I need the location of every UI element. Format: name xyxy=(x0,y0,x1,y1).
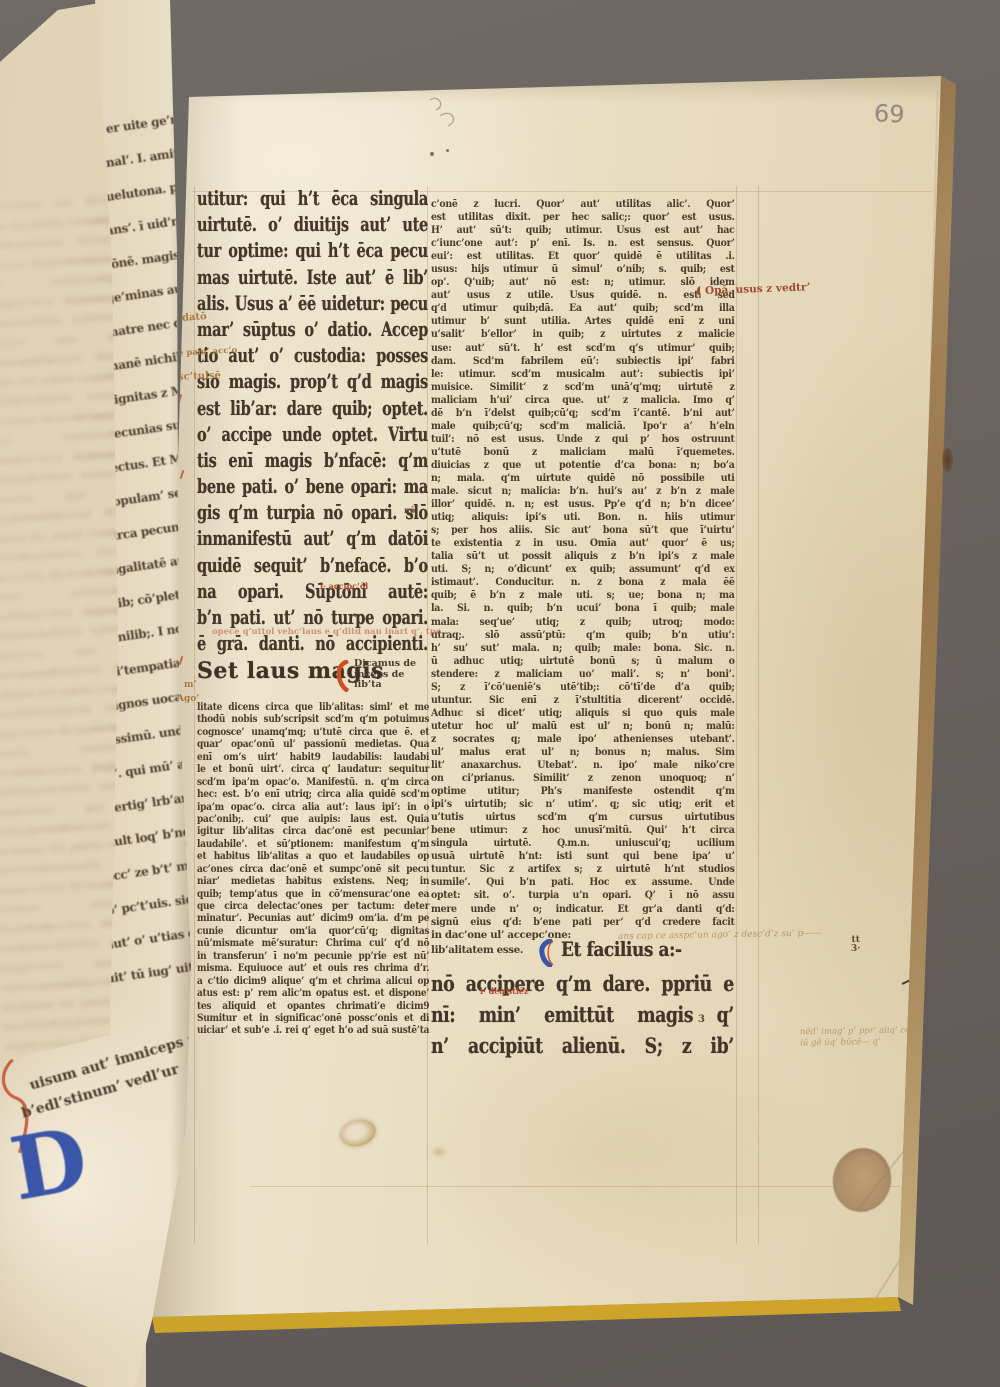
text-line: ul’ malus erat ul’ n; bonus n; malus. Si… xyxy=(431,746,735,759)
text-line: bene utimur: z hoc unusī’mitū. Qui’ h’t … xyxy=(431,824,735,837)
faded-margin-note: ans cap ce asspc’un ago’ z desc’d’z su’ … xyxy=(618,928,848,942)
text-line: diuicias z que ut potentie d’ca bona: n;… xyxy=(431,459,735,472)
text-line: tes aliquid et opantes chrimati’e dicim9 xyxy=(197,1001,429,1013)
interlinear-correction: nō xyxy=(404,505,415,515)
text-line: Sumitur et in significac’onē possc’onis … xyxy=(197,1013,429,1025)
text-line: on ci’prianus. Similit’ z zenon unoquoq;… xyxy=(431,772,735,785)
interlinear-gloss: opece q’uttol vehc’laus e q’ditd nau ina… xyxy=(212,627,457,637)
text-line: sumile’. Qui b’n pati. Hoc ex assume. Un… xyxy=(431,876,735,889)
text-line: cunie dicuntur om’ia quor’cū’q; dignitas xyxy=(197,926,429,938)
text-line: optime utitur; Ph’s manifeste ostendit q… xyxy=(431,785,735,798)
paraph-mark-red-icon xyxy=(337,660,350,692)
text-line: gis q’m turpia nō opari. slō xyxy=(197,500,428,526)
text-line: stendere: z maliciam uo’ mali’. s; n’ bo… xyxy=(431,668,735,681)
paraph-mark-blue-icon xyxy=(539,939,555,967)
text-line: tur optime: qui h’t ēca pecu xyxy=(197,238,428,264)
manuscript-photo: 69 utitur: qui h’t ēca singulauirtutē. o… xyxy=(0,0,1000,1387)
text-line: u’tutē bonū z maliciam malū ī’quemetes. xyxy=(431,446,735,459)
margin-gloss: Ago’ xyxy=(177,694,199,704)
text-line: quib; temp’atus que in cō’mensurac’one e… xyxy=(197,889,429,901)
text-line: dē b’n ī’delst quib;cū’q; scd’m ī’cantē.… xyxy=(431,407,735,420)
text-column-left-large: utitur: qui h’t ēca singulauirtutē. o’ d… xyxy=(197,186,428,657)
margin-gloss: m’ xyxy=(184,680,197,690)
text-line: z socrates q; male ipo’ athenienses uteb… xyxy=(431,733,735,746)
text-line: muisice. Similit’ z scd’m unā’q’mq; uirt… xyxy=(431,381,735,394)
top-edge-shading xyxy=(189,76,949,102)
text-line: et habitus lib’alitas a quo et laudabile… xyxy=(197,851,429,863)
text-line: s; per hos aliis. Sic aut’ bona sū’t que… xyxy=(431,524,735,537)
text-line: male quib;cū’q; scd’m maliciā. Ipo’r a’ … xyxy=(431,420,735,433)
text-line: talia sū’t ut possit aliquis z b’n ipi’s… xyxy=(431,550,735,563)
margin-gloss: datō xyxy=(182,311,207,324)
text-line: ipi’s uirtutib; sic n’ utim’. q; sic uti… xyxy=(431,798,735,811)
text-line: minatur’. Pecunias aut’ dicim9 om’ia. d’… xyxy=(197,913,429,925)
text-line: la. Si. n. quib; b’n ucui’ bona ī quib; … xyxy=(431,602,735,615)
text-line: cognosce’ unamq’mq; u’tutē circa que ē. … xyxy=(197,727,429,739)
text-line: signū eius q’d: b’ene pati per’ q’d cred… xyxy=(431,916,735,929)
text-line: nū’mismate mē’suratur: Chrima cui’ q’d n… xyxy=(197,938,429,950)
text-line: tis enī magis b’nfacē: q’m xyxy=(197,448,428,474)
parchment-stain xyxy=(430,1146,448,1158)
text-line: te existentia z in usu. Omīa aut’ quor’ … xyxy=(431,537,735,550)
text-line: male. sicut n; malicia: b’n. hui’s au’ z… xyxy=(431,485,735,498)
interlinear-gloss: i· deq’stlēz xyxy=(480,986,529,996)
text-line: misma. Equiuoce aut’ et ouis res chrima … xyxy=(197,963,429,975)
text-line: mas uirtutē. Iste aut’ ē lib’ xyxy=(197,265,428,291)
text-line: dam. Scd’m fabrilem eū’: subiectis ipi’ … xyxy=(431,355,735,368)
illuminated-initial: D xyxy=(5,1116,93,1214)
text-line: usuā uirtutē h’nt: isti sunt qui bene ip… xyxy=(431,850,735,863)
text-line: tuntur. Sic z artifex s; z uirtutē h’nt … xyxy=(431,863,735,876)
text-line: aut’ usus z utile. Usus quidē. n. est: s… xyxy=(431,289,735,302)
margin-gloss: sc’tulsē xyxy=(178,370,221,382)
text-line: utraq;. slō assū’ptū: q’m quib; b’n utiu… xyxy=(431,629,735,642)
text-line: alis. Usus a’ ēē uidetur: pecu xyxy=(197,291,428,317)
text-line: mere unde n’ o; indicatur. Et gr’a danti… xyxy=(431,903,735,916)
text-line: usus: hijs utimur ū simul’ o’nib; s. qui… xyxy=(431,263,735,276)
text-line: uti. S; n; o’dicunt’ ex quib; assumunt’ … xyxy=(431,563,735,576)
text-line: H’ aut’ sū’t: quib; utimur. Usus est aut… xyxy=(431,224,735,237)
text-line: maliciam h’ui’ circa que. ut’ z malicia.… xyxy=(431,394,735,407)
ruling-line xyxy=(250,1186,900,1187)
text-line: utuntur. Sic enī z ī’stultitia dicerent’… xyxy=(431,694,735,707)
text-line: use: aut’ sū’t. h’ est scd’m q’s utimur’… xyxy=(431,342,735,355)
interlinear-gloss: ī· accipc’ōl xyxy=(320,581,368,591)
text-line: nī: min’ emittūt magis q’ xyxy=(431,999,734,1030)
text-line: singula uirtutē. Q.m.n. uniuscui’q; ucil… xyxy=(431,837,735,850)
parchment-stain xyxy=(827,1143,897,1218)
text-column-left-small: litate dicens circa que lib’alitas: siml… xyxy=(197,702,429,1038)
text-line: utetur hoc ul’ malū est ul’ n; bonū n; m… xyxy=(431,720,735,733)
text-line: quar’ opac’onū ul’ passionū medietas. Qu… xyxy=(197,739,429,751)
text-line: lib’alitatem esse. xyxy=(431,944,523,956)
text-line: optet: sit. o’. turpia u’n opari. Q’ ī n… xyxy=(431,889,735,902)
incipit-line: Set laus magis Dicamus de inceps de lib’… xyxy=(197,658,432,692)
text-column-right-small: c’onē z lucri. Quor’ aut’ utilitas alic’… xyxy=(431,198,734,929)
text-line: quidē sequit’ b’nefacē. b’o xyxy=(197,553,428,579)
text-line: le: utimur. scd’m musicalm aut’: subiect… xyxy=(431,368,735,381)
text-line: sio magis. prop’t q’d magis xyxy=(197,369,428,395)
text-line: in transferun’ ī no’m pecunie pp’rie est… xyxy=(197,951,429,963)
column-end-line: lib’alitatem esse. Et facilius a:- xyxy=(431,941,731,967)
text-line: h’ su’ sut’ mala. n; quib; male: bona. S… xyxy=(431,642,735,655)
text-line: S; z ī’cō’ueniē’s utē’tib;: cō’tī’de d’a… xyxy=(431,681,735,694)
margin-note-text: Opā. usus z vedtr’ xyxy=(705,281,811,297)
text-line: a c’tio dicim9 alique’ q’m et chrima ali… xyxy=(197,976,429,988)
text-line: illor’ quidē. n. n; est usus. Pp’e q’d n… xyxy=(431,498,735,511)
text-line: le et bonū uirt’. circa q’ laudatur: seq… xyxy=(197,764,429,776)
text-line: est utilitas dixit. per hec salic;: quor… xyxy=(431,211,735,224)
text-line: istimaut’. Conducitur. n. z bona z mala … xyxy=(431,576,735,589)
text-line: enī om’s uirt’ habit9 laudabilis: laudab… xyxy=(197,752,429,764)
text-line: u’tutis uirtus scd’m q’m cursus uirtutib… xyxy=(431,811,735,824)
text-line: laudabile’. et sū’ptionem: manifestum q’… xyxy=(197,839,429,851)
text-line: que circa delectac’ones per tactum: dete… xyxy=(197,901,429,913)
fore-edge-knot xyxy=(942,448,953,472)
text-line: lit’ anaxarchus. Utebat’. n. ipo’ male n… xyxy=(431,759,735,772)
text-line: ipa’m opac’o. circa alia aut’: laus ipi’… xyxy=(197,802,429,814)
text-line: hec: est. b’o enī utriq; circa alia quid… xyxy=(197,789,429,801)
mark-text: 3· xyxy=(851,945,860,954)
text-line: utiq; aliquis: ipi’s uti. Bon. n. hiis u… xyxy=(431,511,735,524)
text-line: thodū nobis sub’scripsit scd’m q’m potui… xyxy=(197,714,429,726)
margin-mark: tt 3· xyxy=(851,936,860,954)
text-line: o’ accipe unde optet. Virtu xyxy=(197,422,428,448)
text-line: pac’onib;. cui’ que auipis: laus est. Qu… xyxy=(197,814,429,826)
text-line: igitur lib’alitas circa dac’onē est pecu… xyxy=(197,826,429,838)
text-line: scd’m ipa’m opac’o. Manifestū. n. q’m ci… xyxy=(197,777,429,789)
text-line: ū adhuc utiq; uirtutē bonū s; ū malum o xyxy=(431,655,735,668)
faded-margin-note: nēd’ imag’ p’ ppr’ aliq’ cēo iū gē ūq’ b… xyxy=(800,1025,950,1050)
text-line: inmanifestū aut’ q’m datōi xyxy=(197,526,428,552)
text-line: c’iunc’one aut’: p’ enī. Is. n. est sens… xyxy=(431,237,735,250)
text-line: n; mala. q’m uirtute quidē nō possibile … xyxy=(431,472,735,485)
ruling-line xyxy=(736,186,737,1244)
ink-dot xyxy=(430,152,434,156)
text-line: op’. Q’uib; aut’ nō est: n; utimur. slō … xyxy=(431,276,735,289)
text-line: inceps de lib’ta xyxy=(354,670,434,691)
text-line: nō accipere q’m dare. ppriū e xyxy=(431,968,734,999)
text-line: Adhuc si dicet’ utiq; aliquis si quo qui… xyxy=(431,707,735,720)
folio-number: 69 xyxy=(873,99,905,129)
text-line: utimur b’ sunt utilia. Artes quidē enī z… xyxy=(431,315,735,328)
text-line: iū gē ūq’ būcē— q’ xyxy=(800,1036,950,1050)
text-line: c’onē z lucri. Quor’ aut’ utilitas alic’… xyxy=(431,198,735,211)
text-line: q’d utimur quib;dā. Ea aut’ quib; scd’m … xyxy=(431,302,735,315)
ruling-line xyxy=(758,186,759,1244)
ink-dot xyxy=(446,149,449,152)
text-line: uiciar’ et sub’e .i. rei q’ eget h’o ad … xyxy=(197,1025,429,1037)
text-line: niar’ medietas habitus existens. Neq; in xyxy=(197,876,429,888)
text-line: est lib’ar: dare quib; optet. xyxy=(197,396,428,422)
margin-mark: 3 xyxy=(698,1014,705,1025)
text-line: u’salit’ b’ellor’ in quib; z uirtutes z … xyxy=(431,328,735,341)
commentary-lead-lines: Dicamus de inceps de lib’ta xyxy=(354,659,434,691)
text-line: eui’: est utilitas. Et quor’ quidē ē uti… xyxy=(431,250,735,263)
text-line: bene pati. o’ bene opari: ma xyxy=(197,474,428,500)
text-column-right-large: nō accipere q’m dare. ppriū enī: min’ em… xyxy=(431,968,734,1061)
text-line: na opari. Sūptōni autē: xyxy=(197,579,428,605)
pencil-scribble xyxy=(426,92,466,134)
paraph-mark-red-icon xyxy=(697,286,702,296)
text-line: mala: seq’ue’ utiq; z quib; utroq; modo: xyxy=(431,616,735,629)
ruling-line xyxy=(194,186,195,1244)
text-line: utitur: qui h’t ēca singula xyxy=(197,186,428,212)
text-line: ac’ones circa dac’onē et sumpc’onē sit p… xyxy=(197,864,429,876)
parchment-flaw xyxy=(337,1116,379,1150)
text-line: uirtutē. o’ diuitijs aut’ ute xyxy=(197,212,428,238)
text-line: Dicamus de xyxy=(354,659,434,670)
text-line: atus est: p’ rem alic’m opatus est. et d… xyxy=(197,988,429,1000)
text-line: quib; ē b’n z male uti. s; ue; bona n; m… xyxy=(431,589,735,602)
text-line: mar’ sūptus o’ datio. Accep xyxy=(197,317,428,343)
text-line: tuil’: nō est usus. Unde z qui p’ hos os… xyxy=(431,433,735,446)
text-line: litate dicens circa que lib’alitas: siml… xyxy=(197,702,429,714)
text-line: n’ accipiūt alienū. S; z ib’ xyxy=(431,1030,734,1061)
